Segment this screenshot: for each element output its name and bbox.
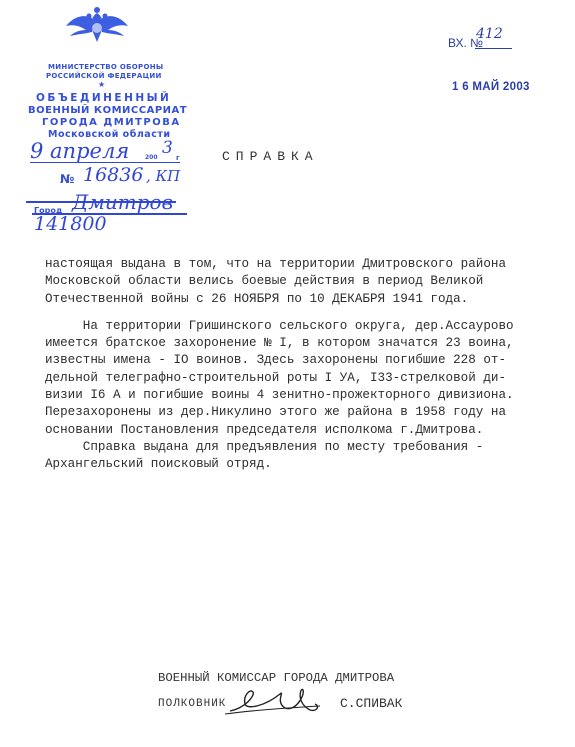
body-line: Перезахоронены из дер.Никулино этого же … <box>45 404 565 421</box>
document-title: СПРАВКА <box>222 149 319 164</box>
handwritten-reference-number: 16836 <box>83 164 143 186</box>
stamp-number-prefix: № <box>60 172 74 186</box>
signatory-rank: ПОЛКОВНИК <box>158 698 226 710</box>
handwritten-postal-code: 141800 <box>34 213 107 235</box>
body-line: Справка выдана для предъявления по месту… <box>45 439 565 456</box>
body-line: Московской области велись боевые действи… <box>45 273 565 290</box>
handwritten-date: 9 апреля <box>30 139 129 163</box>
body-line: Архангельский поисковый отряд. <box>45 456 565 473</box>
stamp-ministry-line1: МИНИСТЕРСТВО ОБОРОНЫ <box>48 63 163 71</box>
handwritten-year: 3 <box>162 138 173 158</box>
date-underline <box>30 162 180 163</box>
body-line: дельной телеграфно-строительной роты I У… <box>45 370 565 387</box>
body-line: Отечественной войны с 26 НОЯБРЯ по 10 ДЕ… <box>45 291 565 308</box>
stamp-ministry-line2: РОССИЙСКОЙ ФЕДЕРАЦИИ <box>46 72 162 80</box>
body-line: основании Постановления председателя исп… <box>45 422 565 439</box>
stamp-org-line3: ГОРОДА ДМИТРОВА <box>42 117 181 128</box>
signatory-name: С.СПИВАК <box>340 696 402 711</box>
double-headed-eagle-emblem-icon <box>62 4 132 48</box>
incoming-number-underline <box>475 48 512 49</box>
document-body: настоящая выдана в том, что на территори… <box>45 256 565 474</box>
body-line: настоящая выдана в том, что на территори… <box>45 256 565 273</box>
body-line <box>45 308 565 318</box>
body-line: имеется братское захоронение № I, в кото… <box>45 335 565 352</box>
signatory-position: ВОЕННЫЙ КОМИССАР ГОРОДА ДМИТРОВА <box>158 671 394 685</box>
stamp-year-suffix: г <box>176 154 180 162</box>
stamp-star-icon: ★ <box>98 80 105 89</box>
body-line: известны имена - IO воинов. Здесь захоро… <box>45 352 565 369</box>
incoming-date-stamp: 1 6 МАЙ 2003 <box>452 81 530 93</box>
handwritten-signature-icon <box>225 686 335 716</box>
incoming-number: 412 <box>476 26 503 42</box>
handwritten-city: Дмитров <box>72 190 173 214</box>
body-line: На территории Гришинского сельского окру… <box>45 318 565 335</box>
handwritten-number-suffix: , КП <box>146 167 180 185</box>
stamp-org-line2: ВОЕННЫЙ КОМИССАРИАТ <box>28 105 187 116</box>
stamp-year-prefix: 200 <box>145 154 158 161</box>
stamp-org-line1: ОБЪЕДИНЕННЫЙ <box>36 92 171 104</box>
body-line: визии I6 А и погибшие воины 4 зенитно-пр… <box>45 387 565 404</box>
